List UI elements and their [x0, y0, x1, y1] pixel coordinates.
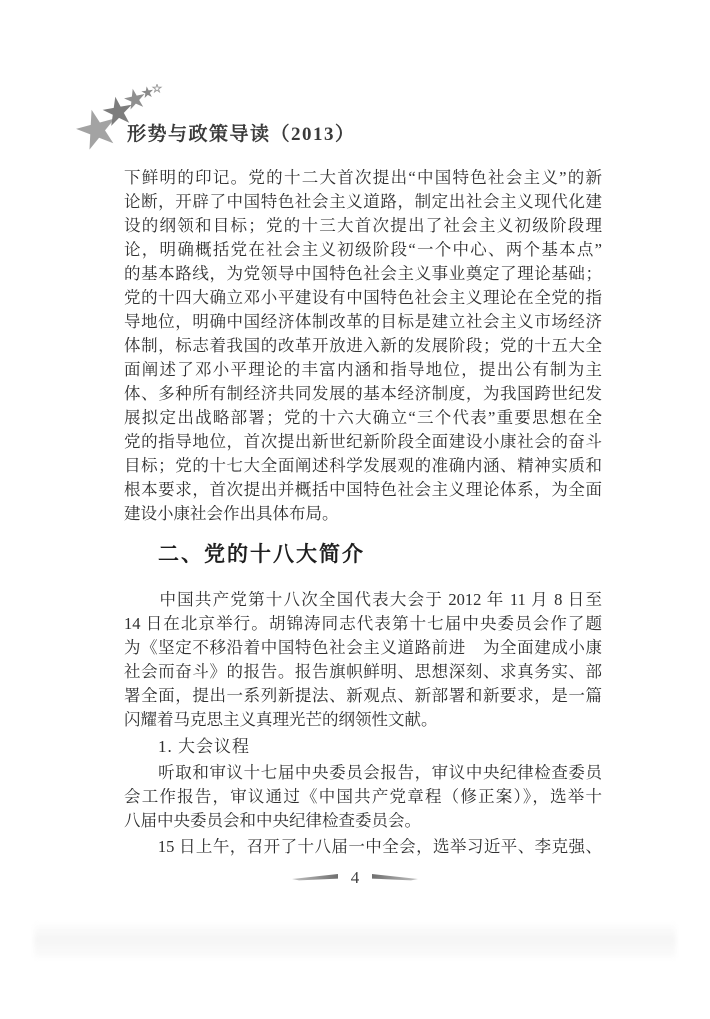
text-line: 社会而奋斗》的报告。报告旗帜鲜明、思想深刻、求真务实、部 — [124, 660, 602, 684]
text-line: 展拟定出战略部署；党的十六大确立“三个代表”重要思想在全 — [124, 406, 602, 430]
text-line: 论断，开辟了中国特色社会主义道路，制定出社会主义现代化建 — [124, 190, 602, 214]
text-line: 建设小康社会作出具体布局。 — [124, 502, 602, 526]
running-head-title: 形势与政策导读（2013） — [127, 119, 356, 146]
text-line: 论，明确概括党在社会主义初级阶段“一个中心、两个基本点” — [124, 238, 602, 262]
text-line: 党的指导地位，首次提出新世纪新阶段全面建设小康社会的奋斗 — [124, 430, 602, 454]
text-line: 署全面，提出一系列新提法、新观点、新部署和新要求，是一篇 — [124, 684, 602, 708]
scan-artifact-band — [34, 924, 676, 958]
text-line: 体制，标志着我国的改革开放进入新的发展阶段；党的十五大全 — [124, 334, 602, 358]
text-line: 导地位，明确中国经济体制改革的目标是建立社会主义市场经济 — [124, 310, 602, 334]
text-line: 听取和审议十七届中央委员会报告，审议中央纪律检查委员 — [124, 761, 602, 785]
text-line: 设的纲领和目标；党的十三大首次提出了社会主义初级阶段理 — [124, 214, 602, 238]
page-number: 4 — [351, 868, 360, 888]
text-line: 体、多种所有制经济共同发展的基本经济制度，为我国跨世纪发 — [124, 382, 602, 406]
text-line: 闪耀着马克思主义真理光芒的纲领性文献。 — [124, 708, 602, 732]
text-line: 党的十四大确立邓小平建设有中国特色社会主义理论在全党的指 — [124, 286, 602, 310]
text-line: 根本要求，首次提出并概括中国特色社会主义理论体系，为全面 — [124, 478, 602, 502]
text-line: 为《坚定不移沿着中国特色社会主义道路前进 为全面建成小康 — [124, 636, 602, 660]
text-line: 下鲜明的印记。党的十二大首次提出“中国特色社会主义”的新 — [124, 166, 602, 190]
text-line: 八届中央委员会和中央纪律检查委员会。 — [124, 809, 602, 833]
text-line: 会工作报告，审议通过《中国共产党章程（修正案）》，选举十 — [124, 785, 602, 809]
paragraph-18th-congress-intro: 中国共产党第十八次全国代表大会于 2012 年 11 月 8 日至14 日在北京… — [124, 588, 602, 732]
text-line: 15 日上午，召开了十八届一中全会，选举习近平、李克强、 — [124, 835, 602, 859]
text-line: 中国共产党第十八次全国代表大会于 2012 年 11 月 8 日至 — [124, 588, 602, 612]
paragraph-agenda-items: 听取和审议十七届中央委员会报告，审议中央纪律检查委员会工作报告，审议通过《中国共… — [124, 761, 602, 833]
text-line: 目标；党的十七大全面阐述科学发展观的准确内涵、精神实质和 — [124, 454, 602, 478]
paragraph-plenary-session: 15 日上午，召开了十八届一中全会，选举习近平、李克强、 — [124, 835, 602, 859]
footer-left-dash-icon — [292, 873, 338, 883]
sub-heading-agenda: 1. 大会议程 — [124, 735, 602, 759]
paragraph-party-congress-history: 下鲜明的印记。党的十二大首次提出“中国特色社会主义”的新论断，开辟了中国特色社会… — [124, 166, 602, 526]
book-page: 形势与政策导读（2013） 下鲜明的印记。党的十二大首次提出“中国特色社会主义”… — [0, 0, 710, 1019]
footer-right-dash-icon — [372, 873, 418, 883]
text-line: 14 日在北京举行。胡锦涛同志代表第十七届中央委员会作了题 — [124, 612, 602, 636]
section-heading: 二、党的十八大简介 — [124, 540, 602, 570]
text-line: 的基本路线，为党领导中国特色社会主义事业奠定了理论基础； — [124, 262, 602, 286]
page-footer: 4 — [0, 866, 710, 890]
text-line: 面阐述了邓小平理论的丰富内涵和指导地位，提出公有制为主 — [124, 358, 602, 382]
page-body: 下鲜明的印记。党的十二大首次提出“中国特色社会主义”的新论断，开辟了中国特色社会… — [124, 166, 602, 859]
